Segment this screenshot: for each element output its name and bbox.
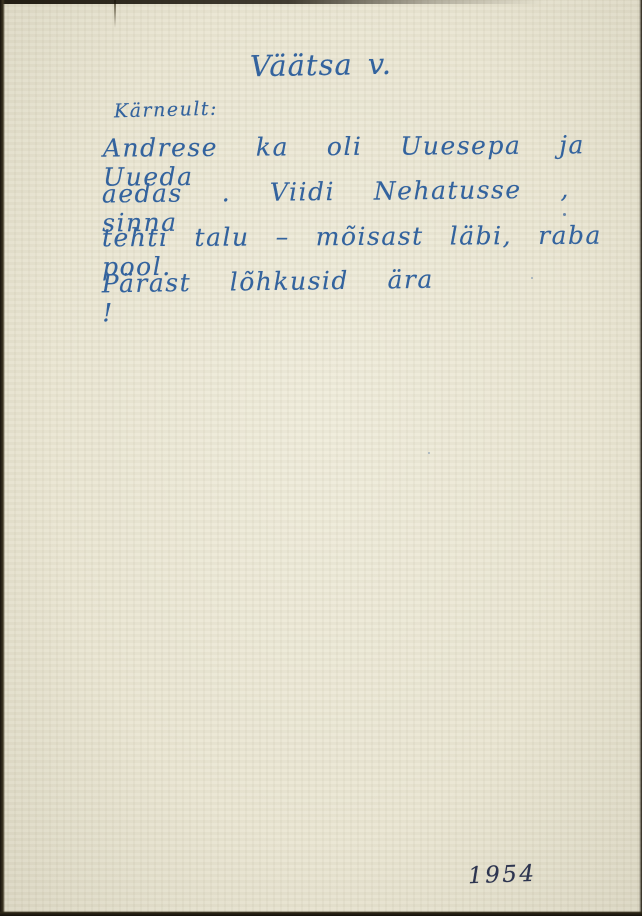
scan-edge-top: [0, 0, 642, 4]
scanned-document-page: Väätsa v. Kärneult: Andrese ka oli Uuese…: [0, 0, 642, 916]
scratch-mark: [114, 0, 116, 28]
source-heading: Kärneult:: [114, 98, 218, 123]
scan-edge-bottom: [0, 911, 642, 916]
scan-edge-left: [0, 0, 5, 916]
ink-speck: [563, 213, 566, 216]
ink-speck: [428, 452, 430, 454]
handwritten-line: Pärast lõhkusid ära !: [102, 265, 435, 328]
year-annotation: 1954: [468, 861, 537, 889]
page-title: Väätsa v.: [250, 47, 393, 83]
ink-speck: [531, 277, 533, 279]
